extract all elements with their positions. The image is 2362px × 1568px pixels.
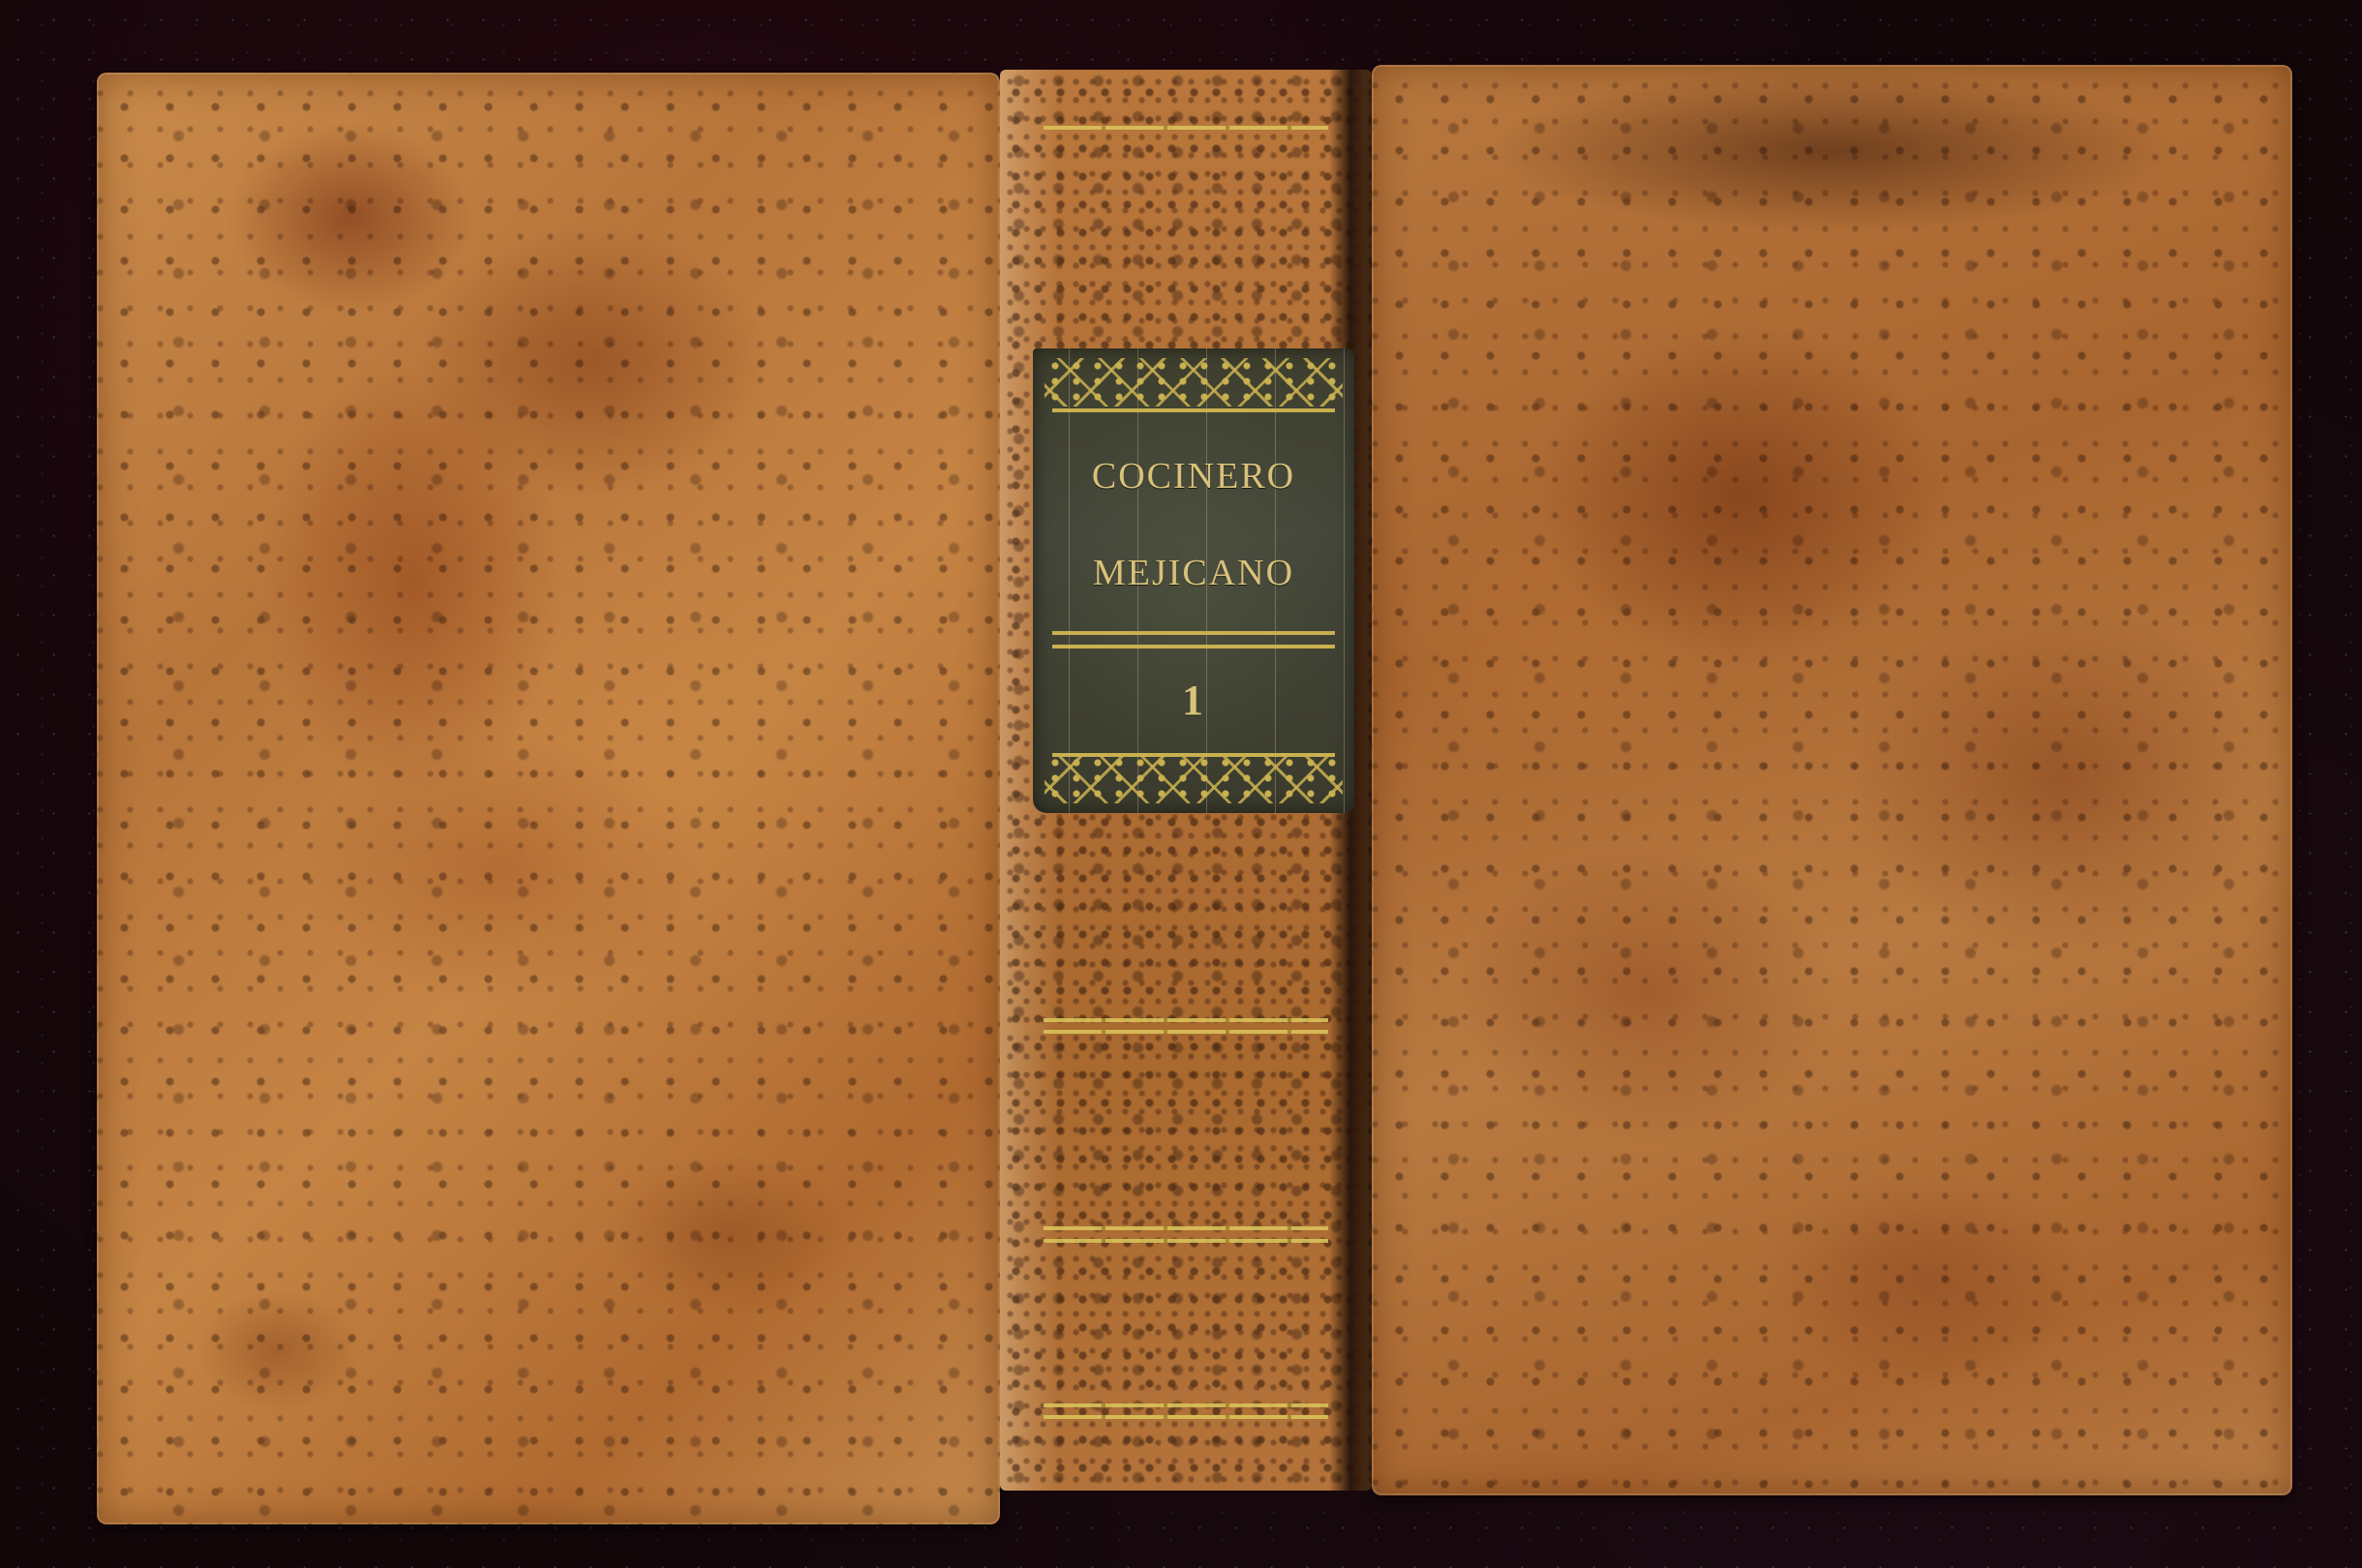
gilt-ornament-bottom: [1045, 755, 1343, 803]
gilt-rule: [1052, 631, 1335, 635]
gilt-rule: [1044, 1239, 1328, 1243]
volume-number: 1: [1033, 676, 1354, 725]
book-spine: COCINERO MEJICANO 1: [1000, 70, 1372, 1491]
gilt-rule: [1052, 645, 1335, 648]
title-line-2: MEJICANO: [1033, 552, 1354, 594]
gilt-rule: [1044, 1226, 1328, 1230]
title-line-1: COCINERO: [1033, 455, 1354, 498]
gilt-rule: [1052, 408, 1335, 412]
leather-mottling: [97, 73, 1000, 1524]
back-board: [1372, 65, 2292, 1495]
spine-label: COCINERO MEJICANO 1: [1033, 348, 1354, 813]
gilt-ornament-top: [1045, 358, 1343, 407]
front-board: [97, 73, 1000, 1524]
gilt-rule: [1044, 1403, 1328, 1407]
gilt-rule: [1044, 126, 1328, 130]
gilt-rule: [1044, 1415, 1328, 1419]
gilt-rule: [1044, 1030, 1328, 1034]
gilt-rule: [1044, 1018, 1328, 1022]
leather-mottling: [1372, 65, 2292, 1495]
